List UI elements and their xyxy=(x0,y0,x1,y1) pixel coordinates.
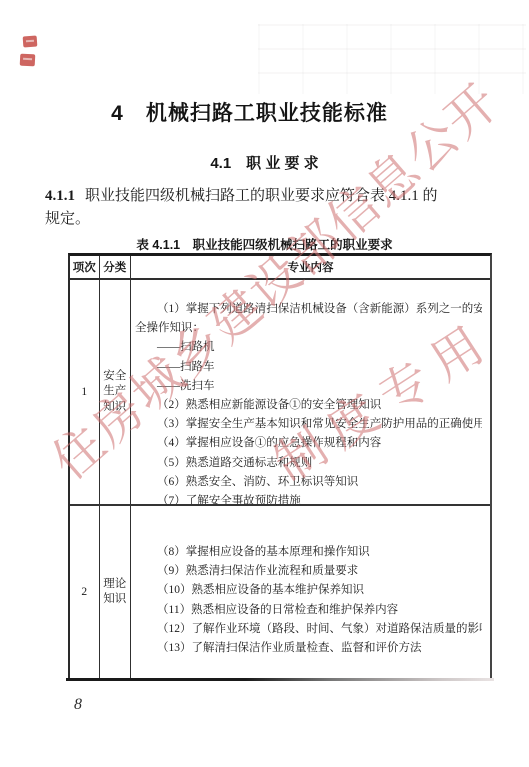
content-line: ——洗扫车 xyxy=(135,377,482,396)
table-header-row: 项次 分类 专业内容 xyxy=(70,256,490,280)
red-stamp-mark-top xyxy=(23,36,38,48)
content-line: （13）了解清扫保洁作业质量检查、监督和评价方法 xyxy=(135,639,482,658)
content-line: （2）熟悉相应新能源设备①的安全管理知识 xyxy=(135,396,482,415)
content-line: ——扫路机 xyxy=(135,338,482,357)
row-category: 理论 知识 xyxy=(100,506,132,678)
category-line: 知识 xyxy=(103,400,126,416)
table-bottom-border xyxy=(66,678,494,681)
content-line: （9）熟悉清扫保洁作业流程和质量要求 xyxy=(135,562,482,581)
clause-line-2: 规定。 xyxy=(45,208,492,231)
document-page: 住房城乡建设部信息公开 制度专用 4 机械扫路工职业技能标准 4.1 职 业 要… xyxy=(0,0,529,767)
row-category: 安全 生产 知识 xyxy=(100,280,132,504)
content-line: 全操作知识： xyxy=(135,319,482,338)
row-content: （8）掌握相应设备的基本原理和操作知识 （9）熟悉清扫保洁作业流程和质量要求 （… xyxy=(131,506,490,678)
header-cell-content: 专业内容 xyxy=(131,256,490,278)
content-line: ——扫路车 xyxy=(135,358,482,377)
category-line: 知识 xyxy=(103,592,126,608)
category-line: 生产 xyxy=(103,384,126,400)
content-line: （5）熟悉道路交通标志和规则 xyxy=(135,454,482,473)
clause-paragraph: 4.1.1职业技能四级机械扫路工的职业要求应符合表 4.1.1 的 规定。 xyxy=(45,185,492,231)
content-line: （8）掌握相应设备的基本原理和操作知识 xyxy=(135,543,482,562)
red-stamp-mark-bottom xyxy=(20,54,36,67)
header-cell-index: 项次 xyxy=(70,256,100,278)
content-line: （1）掌握下列道路清扫保洁机械设备（含新能源）系列之一的安 xyxy=(135,300,482,319)
category-line: 安全 xyxy=(103,369,126,385)
content-line: （7）了解安全事故预防措施 xyxy=(135,492,482,504)
content-line: （4）掌握相应设备①的应急操作规程和内容 xyxy=(135,434,482,453)
reverse-page-showthrough xyxy=(258,24,526,94)
clause-line-1: 4.1.1职业技能四级机械扫路工的职业要求应符合表 4.1.1 的 xyxy=(45,185,492,208)
section-heading: 4.1 职 业 要 求 xyxy=(0,152,529,173)
content-line: （10）熟悉相应设备的基本维护保养知识 xyxy=(135,581,482,600)
content-line: （11）熟悉相应设备的日常检查和维护保养内容 xyxy=(135,601,482,620)
requirements-table: 项次 分类 专业内容 1 安全 生产 知识 （1）掌握下列道路清扫保洁机械设备（… xyxy=(68,253,492,680)
category-line: 理论 xyxy=(103,577,126,593)
table-row: 1 安全 生产 知识 （1）掌握下列道路清扫保洁机械设备（含新能源）系列之一的安… xyxy=(70,280,490,506)
content-line: （3）掌握安全生产基本知识和常见安全生产防护用品的正确使用 xyxy=(135,415,482,434)
row-index: 2 xyxy=(81,586,87,598)
content-line: （12）了解作业环境（路段、时间、气象）对道路保洁质量的影响 xyxy=(135,620,482,639)
row-index: 1 xyxy=(81,386,87,398)
table-caption: 表 4.1.1 职业技能四级机械扫路工的职业要求 xyxy=(0,235,529,253)
header-cell-category: 分类 xyxy=(100,256,132,278)
content-line: （6）熟悉安全、消防、环卫标识等知识 xyxy=(135,473,482,492)
table-row: 2 理论 知识 （8）掌握相应设备的基本原理和操作知识 （9）熟悉清扫保洁作业流… xyxy=(70,506,490,678)
row-content: （1）掌握下列道路清扫保洁机械设备（含新能源）系列之一的安 全操作知识： ——扫… xyxy=(131,280,490,504)
clause-text-1: 职业技能四级机械扫路工的职业要求应符合表 4.1.1 的 xyxy=(85,188,438,204)
clause-number: 4.1.1 xyxy=(45,188,75,204)
page-number: 8 xyxy=(74,696,82,714)
chapter-title: 4 机械扫路工职业技能标准 xyxy=(0,97,529,127)
